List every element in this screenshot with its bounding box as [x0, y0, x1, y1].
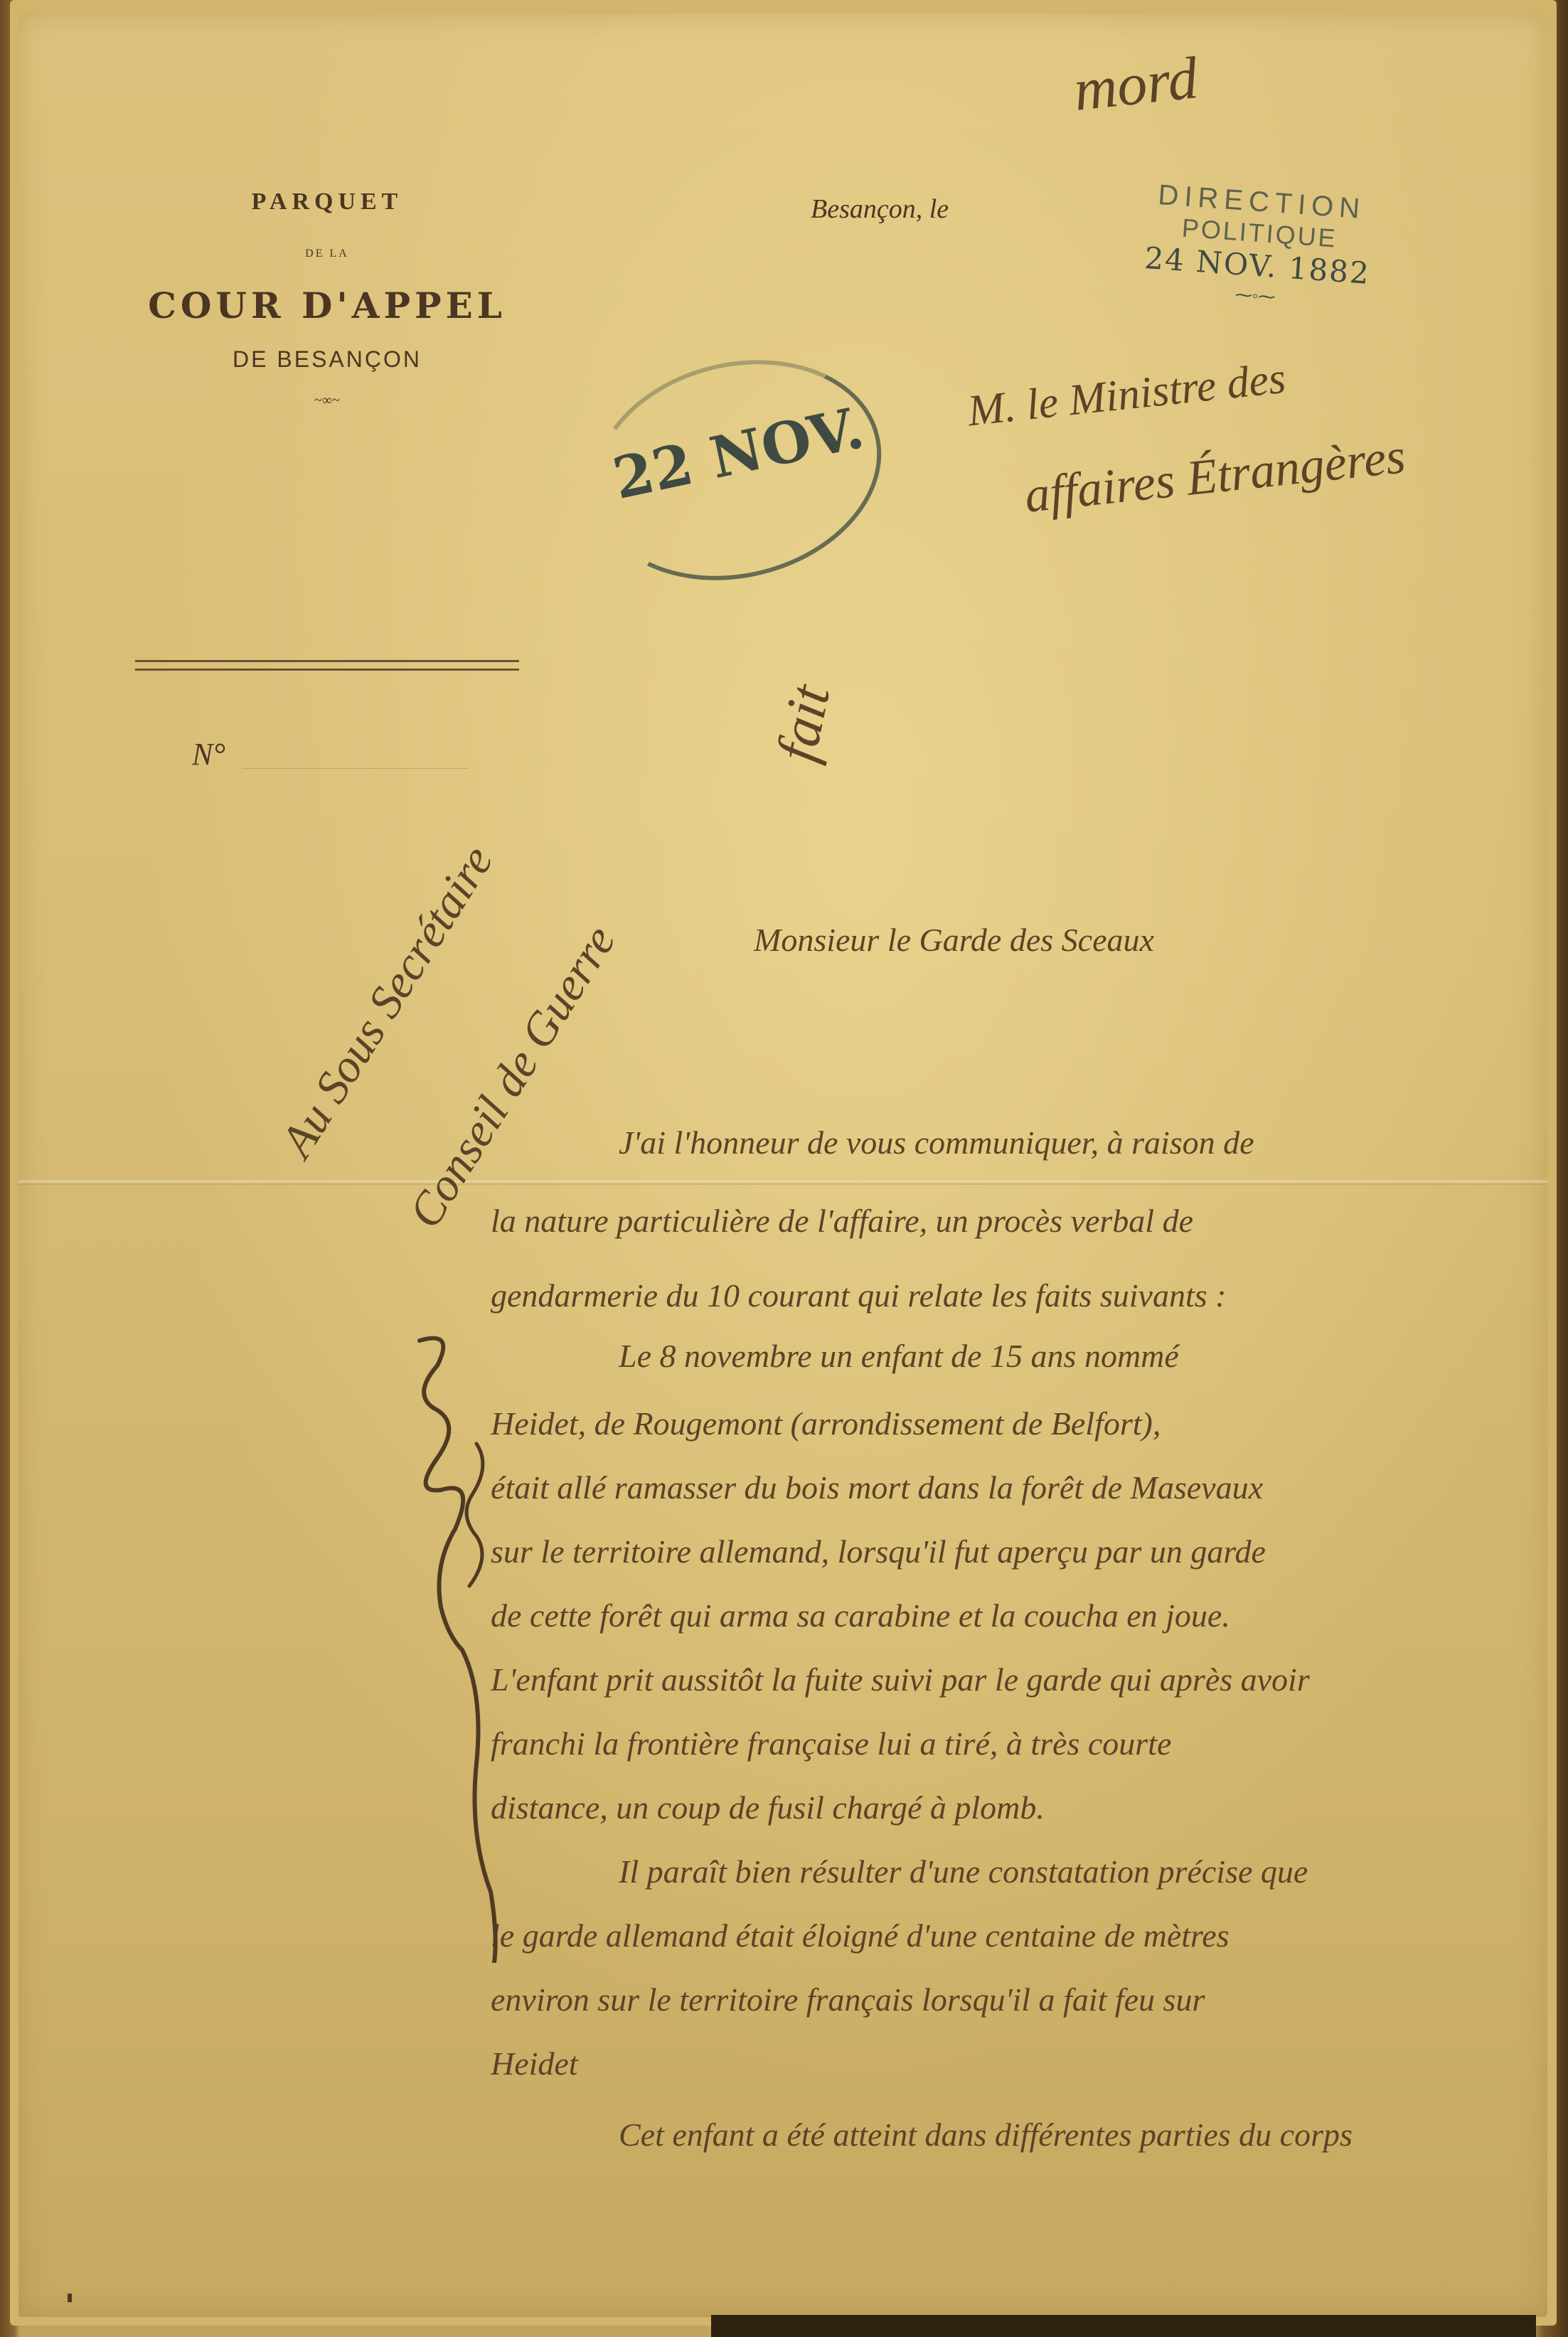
body-line: Heidet	[491, 2045, 578, 2082]
body-line: la nature particulière de l'affaire, un …	[491, 1202, 1193, 1240]
body-line: J'ai l'honneur de vous communiquer, à ra…	[619, 1124, 1254, 1161]
direction-politique-stamp: DIRECTION POLITIQUE 24 NOV. 1882 ⁓◦⁓	[1113, 176, 1405, 316]
ink-mark	[68, 2294, 72, 2302]
body-line: Heidet, de Rougemont (arrondissement de …	[491, 1405, 1161, 1442]
body-line: environ sur le territoire français lorsq…	[491, 1981, 1205, 2018]
letterhead-ornament-icon: ~∞~	[292, 393, 363, 409]
body-line: Il paraît bien résulter d'une constatati…	[619, 1853, 1308, 1890]
salutation: Monsieur le Garde des Sceaux	[754, 921, 1154, 959]
body-line: distance, un coup de fusil chargé à plom…	[491, 1789, 1045, 1826]
body-line: L'enfant prit aussitôt la fuite suivi pa…	[491, 1661, 1310, 1698]
body-line: de cette forêt qui arma sa carabine et l…	[491, 1597, 1230, 1634]
body-line: sur le territoire allemand, lorsqu'il fu…	[491, 1533, 1266, 1570]
body-line: Le 8 novembre un enfant de 15 ans nommé	[619, 1337, 1179, 1375]
letterhead-de-la: DE LA	[270, 247, 384, 260]
letterhead-rule-bottom	[135, 669, 519, 671]
letterhead-rule-top	[135, 660, 519, 662]
number-field-line	[242, 768, 469, 769]
annotation-top-note: mord	[1070, 43, 1200, 125]
body-line: gendarmerie du 10 courant qui relate les…	[491, 1277, 1226, 1314]
place-date-prefix: Besançon, le	[811, 193, 949, 225]
body-line: franchi la frontière française lui a tir…	[491, 1725, 1171, 1762]
body-line: était allé ramasser du bois mort dans la…	[491, 1469, 1263, 1506]
letterhead-besancon: DE BESANÇON	[213, 346, 441, 373]
marginal-bracket-scribble-icon	[370, 1323, 512, 1963]
number-label: N°	[192, 736, 225, 772]
letterhead-cour-dappel: COUR D'APPEL	[135, 284, 519, 326]
body-line: le garde allemand était éloigné d'une ce…	[491, 1917, 1230, 1954]
letterhead-parquet: PARQUET	[213, 188, 441, 215]
body-line: Cet enfant a été atteint dans différente…	[619, 2116, 1353, 2154]
bottom-shadow	[711, 2315, 1536, 2337]
paper-fold-crease	[18, 1181, 1547, 1185]
